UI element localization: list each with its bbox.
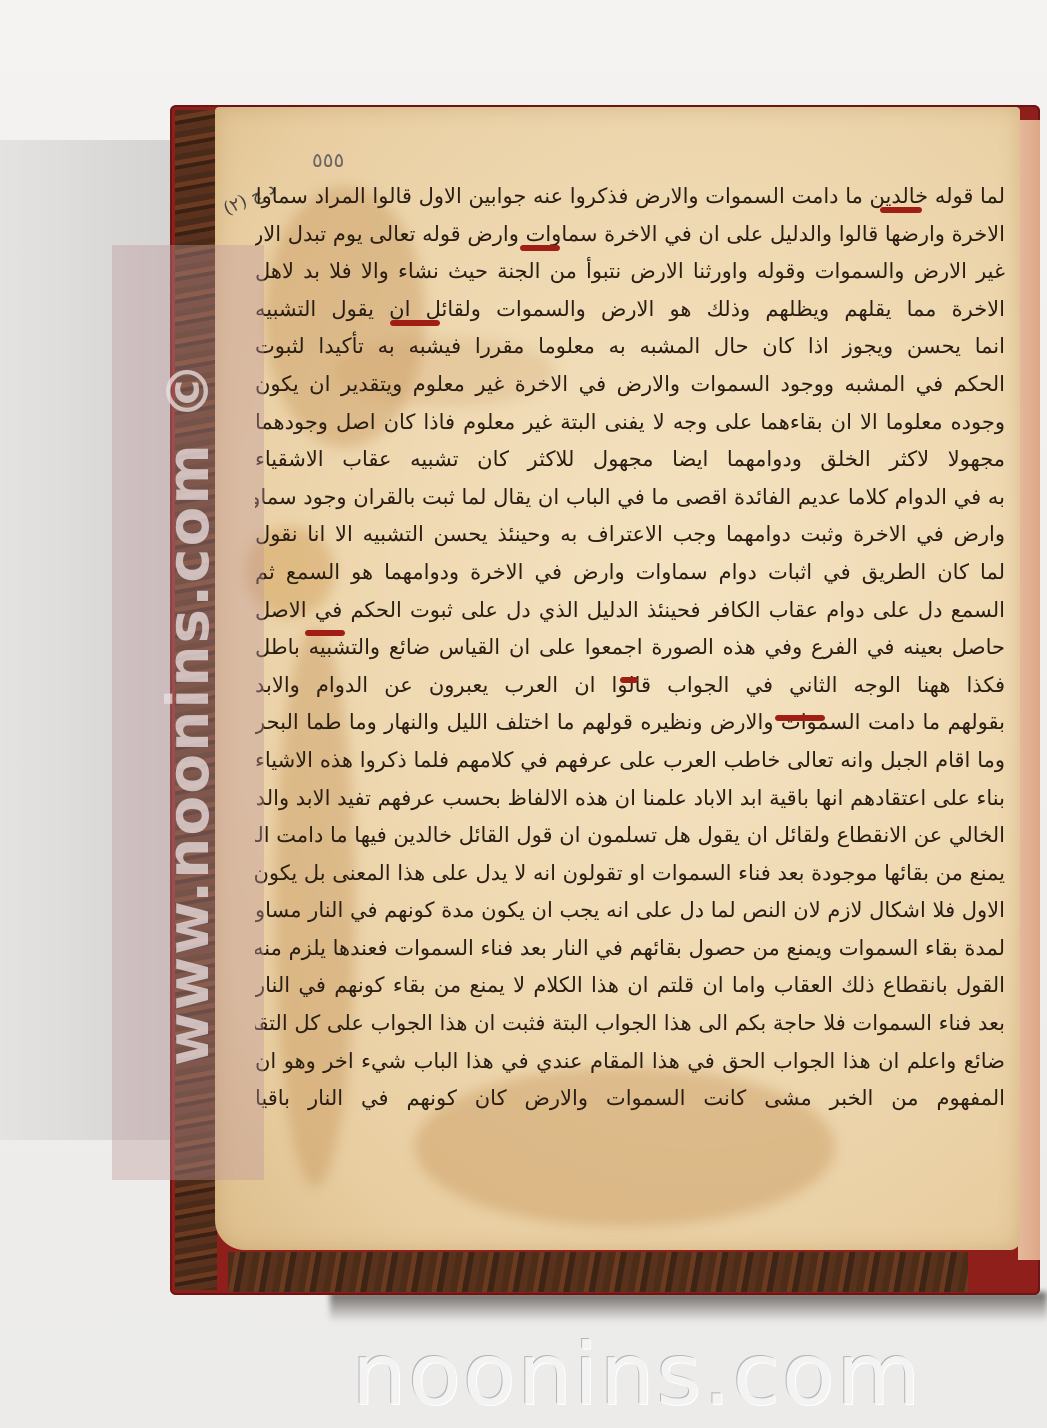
rubric-overline <box>520 245 560 251</box>
text-line: بناء على اعتقادهم انها باقية ابد الاباد … <box>255 780 1005 818</box>
book-shadow <box>330 1292 1047 1322</box>
rubric-overline <box>880 207 922 213</box>
rubric-overline <box>620 677 638 683</box>
watermark-vertical: www.noonins.com © <box>112 245 264 1180</box>
text-line: مجهولا لاكثر الخلق ودوامهما ايضا مجهول ل… <box>255 441 1005 479</box>
rubric-overline <box>390 320 440 326</box>
text-line: الخالي عن الانقطاع ولقائل ان يقول هل تسل… <box>255 817 1005 855</box>
rubric-overline <box>775 715 825 721</box>
text-line: ضائع واعلم ان هذا الجواب الحق في هذا الم… <box>255 1043 1005 1081</box>
text-line: المفهوم من الخبر مشى كانت السموات والارض… <box>255 1080 1005 1118</box>
text-line: انما يحسن ويجوز اذا كان حال المشبه به مع… <box>255 328 1005 366</box>
rubric-overline <box>305 630 345 636</box>
manuscript-text: لما قوله خالدين ما دامت السموات والارض ف… <box>255 178 1005 1118</box>
text-line: غير الارض والسموات وقوله واورثنا الارض ن… <box>255 253 1005 291</box>
watermark-bottom: noonins.com <box>337 1325 937 1425</box>
book-cover-marbled-bottom <box>228 1252 968 1292</box>
text-line: الاخرة مما يقلهم ويظلهم وذلك هو الارض وا… <box>255 291 1005 329</box>
text-line: الاول فلا اشكال لازم لان النص لما دل على… <box>255 892 1005 930</box>
text-line: القول بانقطاع ذلك العقاب واما ان قلتم ان… <box>255 967 1005 1005</box>
text-line: السمع دل على دوام عقاب الكافر فحينئذ الد… <box>255 592 1005 630</box>
text-line: وما اقام الجبل وانه تعالى خاطب العرب على… <box>255 742 1005 780</box>
text-line: بقولهم ما دامت السموات والارض ونظيره قول… <box>255 704 1005 742</box>
text-line: حاصل بعينه في الفرع وفي هذه الصورة اجمعو… <box>255 629 1005 667</box>
text-line: لما كان الطريق في اثبات دوام سماوات وارض… <box>255 554 1005 592</box>
watermark-vertical-text: www.noonins.com © <box>154 360 222 1066</box>
text-line: الحكم في المشبه ووجود السموات والارض في … <box>255 366 1005 404</box>
text-line: وجوده معلوما الا ان بقاءهما على وجه لا ي… <box>255 404 1005 442</box>
text-line: وارض في الاخرة وثبت دوامهما وجب الاعتراف… <box>255 516 1005 554</box>
text-line: به في الدوام كلاما عديم الفائدة اقصى ما … <box>255 479 1005 517</box>
text-line: فكذا ههنا الوجه الثاني في الجواب قالوا ا… <box>255 667 1005 705</box>
folio-number: ٥٥٥ <box>312 148 344 172</box>
page-edge <box>1018 120 1040 1260</box>
text-line: لمدة بقاء السموات ويمنع من حصول بقائهم ف… <box>255 930 1005 968</box>
text-line: الاخرة وارضها قالوا والدليل على ان في ال… <box>255 216 1005 254</box>
text-line: بعد فناء السموات فلا حاجة بكم الى هذا ال… <box>255 1005 1005 1043</box>
text-line: يمنع من بقائها موجودة بعد فناء السموات ا… <box>255 855 1005 893</box>
